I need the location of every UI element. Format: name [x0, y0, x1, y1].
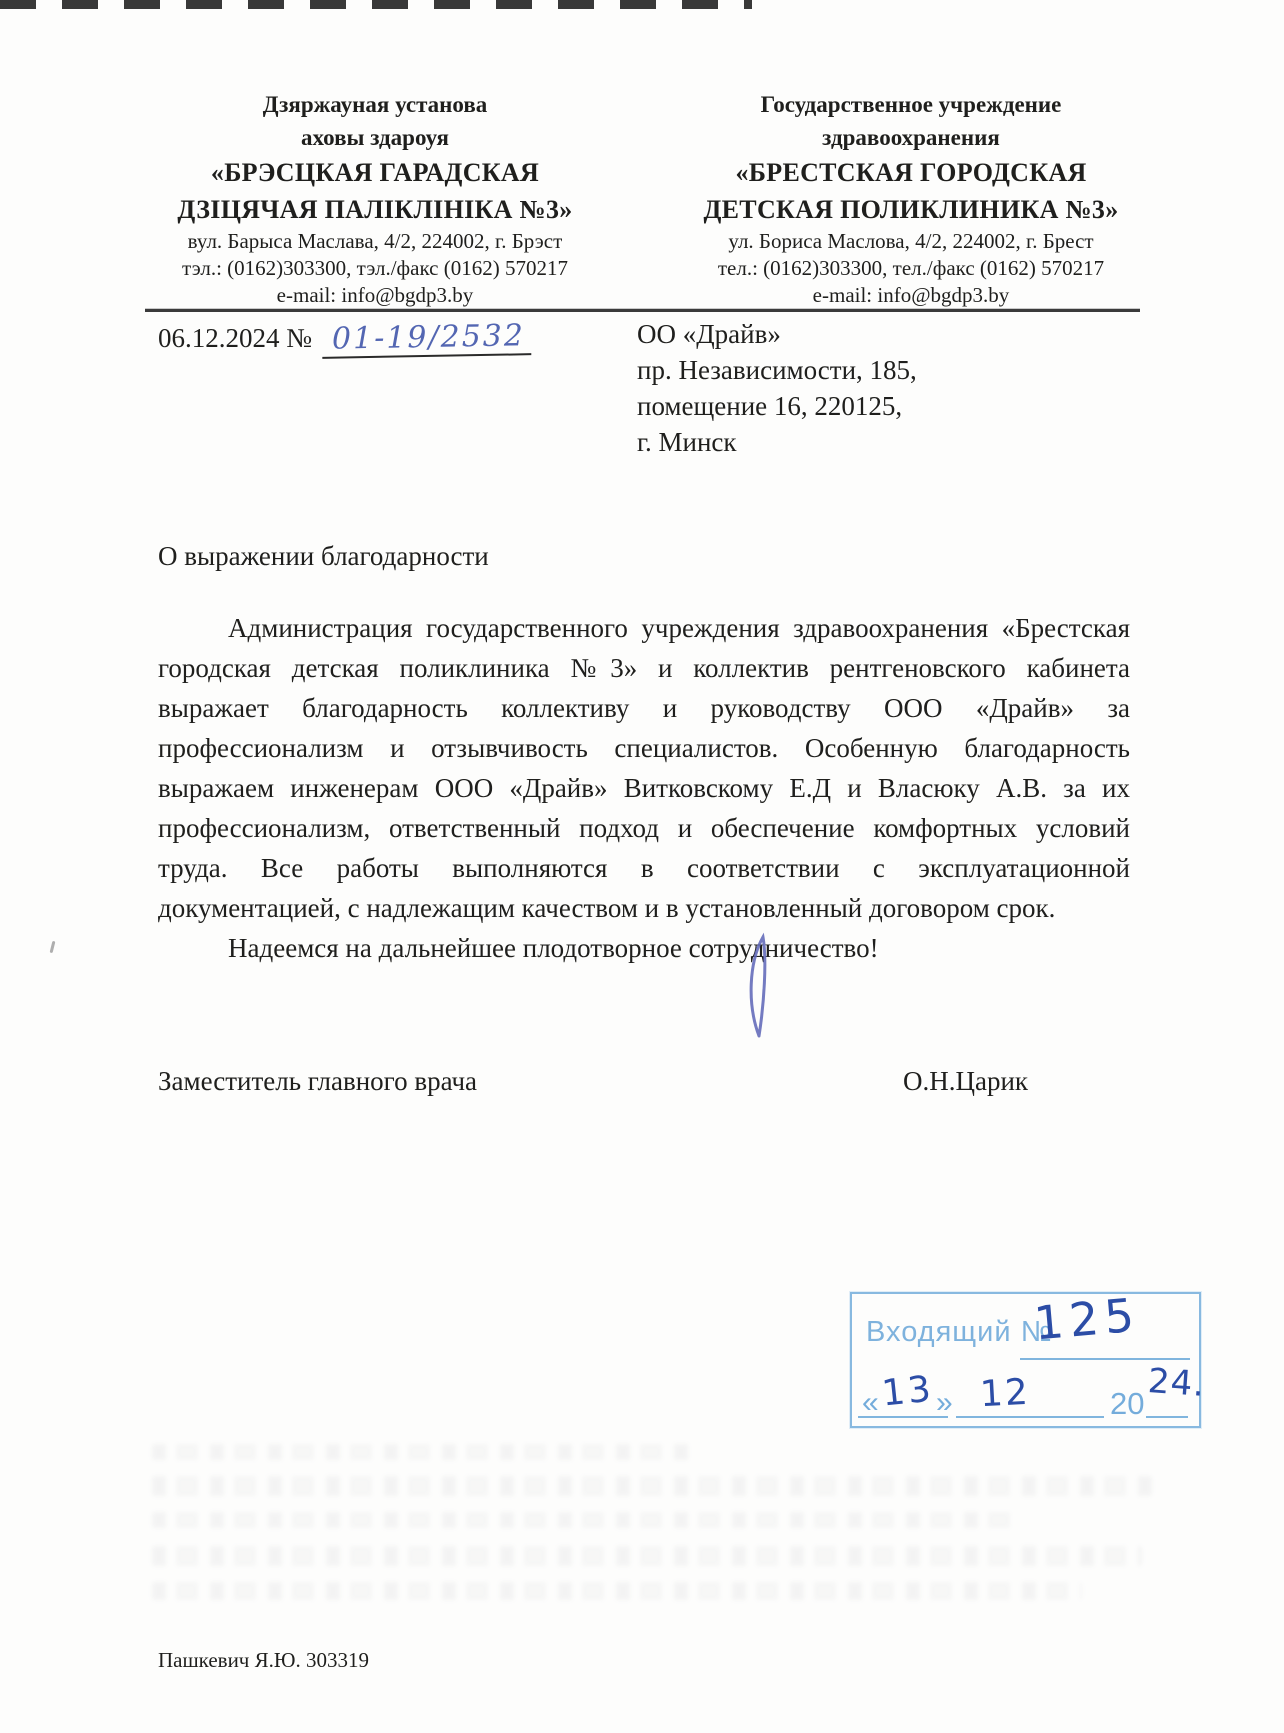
outgoing-date: 06.12.2024 №	[158, 323, 312, 353]
org-name-line: «БРЕСТСКАЯ ГОРОДСКАЯ	[682, 154, 1140, 191]
bleedthrough-line	[152, 1512, 1012, 1528]
stamp-underline	[858, 1416, 948, 1418]
org-email: e-mail: info@bgdp3.by	[150, 282, 600, 309]
body-paragraph: Администрация государственного учреждени…	[158, 608, 1130, 928]
body-paragraph: Надеемся на дальнейшее плодотворное сотр…	[158, 928, 1130, 968]
org-phone: тэл.: (0162)303300, тэл./факс (0162) 570…	[150, 255, 600, 282]
org-phone: тел.: (0162)303300, тел./факс (0162) 570…	[682, 255, 1140, 282]
scanned-letter-page: Дзяржауная установа аховы здароуя «БРЭСЦ…	[0, 0, 1284, 1733]
outgoing-reference: 06.12.2024 №01-19/2532	[158, 320, 531, 357]
recipient-address-block: ОО «Драйв» пр. Независимости, 185, помещ…	[637, 316, 917, 460]
org-name-line: ДЕТСКАЯ ПОЛИКЛИНИКА №3»	[682, 191, 1140, 228]
stamp-underline	[1146, 1416, 1188, 1418]
letterhead-line: Дзяржауная установа	[150, 88, 600, 121]
scan-artifact-mark	[50, 941, 56, 953]
bleedthrough-line	[152, 1582, 1082, 1600]
signatory-name: О.Н.Царик	[903, 1066, 1028, 1097]
signatory-title: Заместитель главного врача	[158, 1066, 477, 1097]
stamp-quote-open: «	[862, 1386, 879, 1420]
handwritten-month: 12	[979, 1375, 1031, 1414]
org-email: e-mail: info@bgdp3.by	[682, 282, 1140, 309]
handwritten-day: 13	[880, 1371, 935, 1412]
letter-body: Администрация государственного учреждени…	[158, 608, 1130, 968]
org-address: ул. Бориса Маслова, 4/2, 224002, г. Брес…	[682, 228, 1140, 255]
incoming-registration-stamp: Входящий № 125 « 13 » 12 20 24.	[850, 1292, 1201, 1428]
recipient-line: пр. Независимости, 185,	[637, 352, 917, 388]
handwritten-outgoing-number: 01-19/2532	[322, 318, 532, 359]
org-address: вул. Барыса Маслава, 4/2, 224002, г. Брэ…	[150, 228, 600, 255]
letterhead-line: Государственное учреждение	[682, 88, 1140, 121]
stamp-year-prefix: 20	[1110, 1386, 1144, 1422]
subject-line: О выражении благодарности	[158, 541, 489, 572]
letterhead-line: аховы здароуя	[150, 121, 600, 154]
recipient-line: г. Минск	[637, 424, 917, 460]
recipient-line: помещение 16, 220125,	[637, 388, 917, 424]
letterhead-line: здравоохранения	[682, 121, 1140, 154]
stamp-underline	[956, 1416, 1104, 1418]
org-name-line: «БРЭСЦКАЯ ГАРАДСКАЯ	[150, 154, 600, 191]
stamp-quote-close: »	[936, 1386, 953, 1420]
executor-footer: Пашкевич Я.Ю. 303319	[158, 1648, 369, 1673]
bleedthrough-line	[152, 1476, 1152, 1496]
recipient-line: ОО «Драйв»	[637, 316, 917, 352]
stamp-underline	[1020, 1358, 1190, 1360]
stamp-label: Входящий №	[866, 1316, 1053, 1349]
org-name-line: ДЗІЦЯЧАЯ ПАЛІКЛІНІКА №3»	[150, 191, 600, 228]
handwritten-year: 24.	[1147, 1364, 1206, 1402]
letterhead-russian: Государственное учреждение здравоохранен…	[682, 88, 1140, 309]
bleedthrough-line	[152, 1546, 1142, 1566]
letterhead-belarusian: Дзяржауная установа аховы здароуя «БРЭСЦ…	[150, 88, 600, 309]
scan-artifact-top-dashes	[0, 0, 752, 9]
letterhead-divider-line	[145, 308, 1140, 312]
bleedthrough-line	[152, 1444, 692, 1460]
handwritten-incoming-number: 125	[1032, 1291, 1141, 1346]
handwritten-signature-stroke	[728, 932, 780, 1040]
